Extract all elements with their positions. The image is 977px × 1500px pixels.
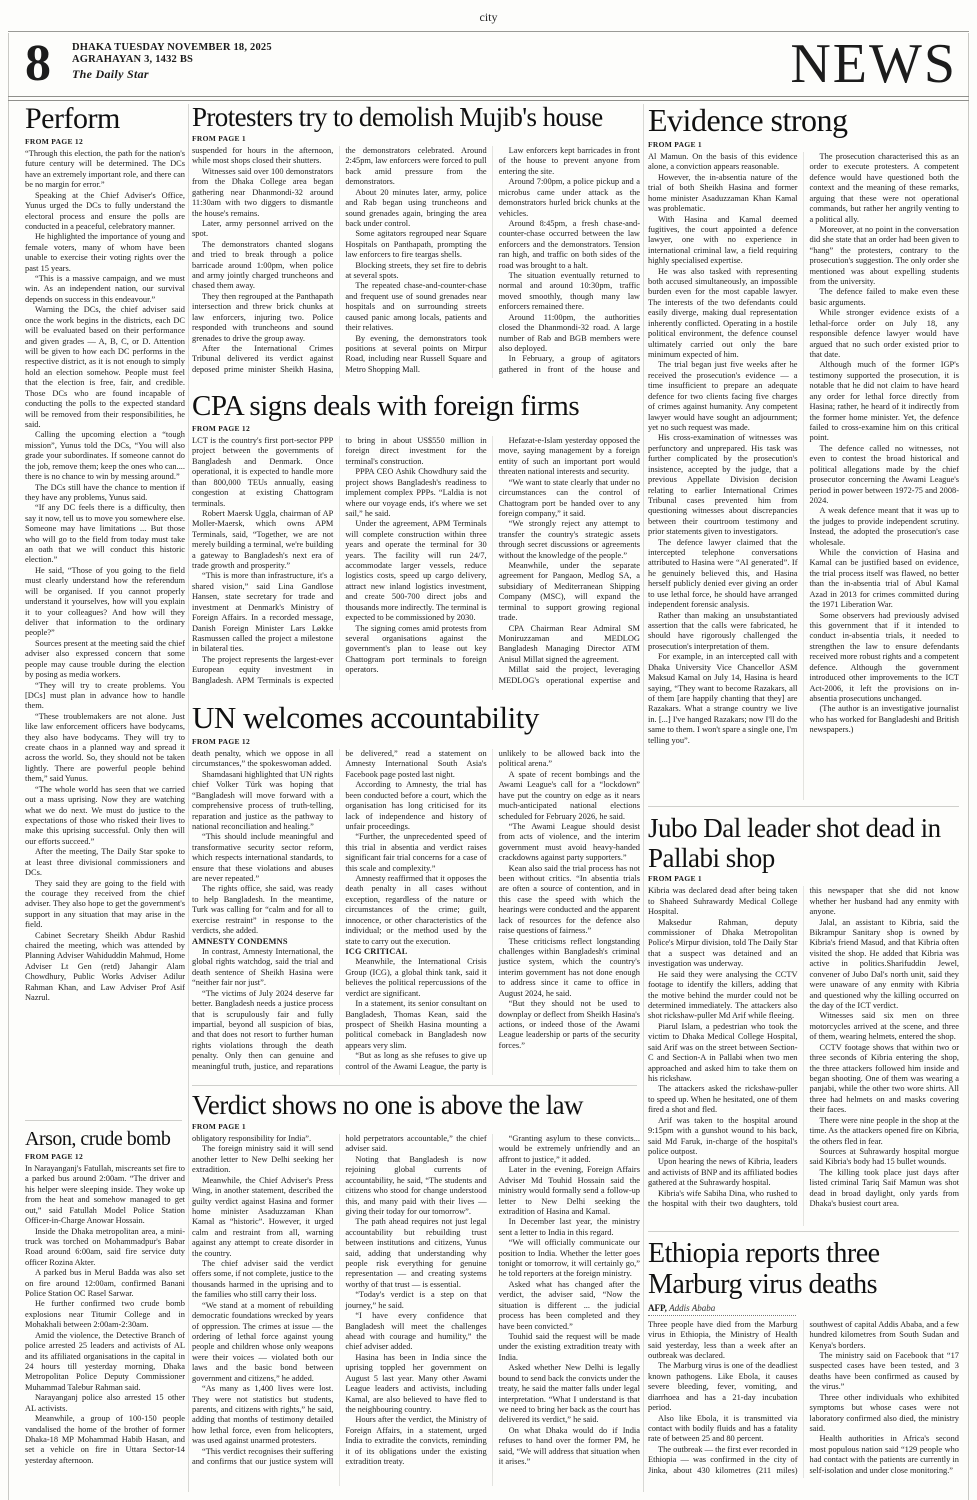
paragraph: About 20 minutes later, army, police and… bbox=[345, 188, 486, 230]
paragraph: Calling the upcoming election a “tough m… bbox=[25, 430, 185, 482]
paragraph: Under the agreement, APM Terminals will … bbox=[345, 519, 486, 623]
section-title: NEWS bbox=[790, 32, 957, 96]
paragraph: In a statement, its senior consultant on… bbox=[345, 999, 486, 1051]
paragraph: Sources at Suhrawardy hospital morgue sa… bbox=[810, 1147, 960, 1168]
article-perform: Perform FROM PAGE 12 “Through this elect… bbox=[25, 102, 185, 1118]
paragraph: Some agitators regrouped near Square Hos… bbox=[345, 229, 486, 260]
paragraph: In contrast, Amnesty International, the … bbox=[192, 947, 333, 989]
article-divider bbox=[192, 1085, 637, 1086]
paragraph: There were nine people in the shop at th… bbox=[810, 1116, 960, 1147]
paragraph: “We stand at a moment of rebuilding demo… bbox=[192, 1301, 333, 1384]
paragraph: A spate of recent bombings and the Awami… bbox=[499, 770, 640, 822]
paragraph: Health authorities in Africa's second mo… bbox=[810, 1434, 960, 1476]
headline: Arson, crude bomb bbox=[25, 1128, 185, 1151]
paragraph: “These troublemakers are not alone. Just… bbox=[25, 712, 185, 785]
newspaper-page: city 8 DHAKA TUESDAY NOVEMBER 18, 2025 A… bbox=[0, 0, 977, 1500]
paragraph: The defence called no witnesses, not eve… bbox=[810, 444, 960, 507]
paragraph: Kean also said the trial process has not… bbox=[499, 864, 640, 937]
right-edge-rule bbox=[968, 33, 969, 1500]
paragraph: “Through this election, the path for the… bbox=[25, 149, 185, 191]
paragraph: death penalty, which we oppose in all ci… bbox=[192, 749, 333, 770]
paragraph: CCTV footage shows that within two or th… bbox=[810, 1043, 960, 1116]
paragraph: In December last year, the ministry sent… bbox=[499, 1217, 640, 1238]
paragraph: Amnesty reaffirmed that it opposes the d… bbox=[345, 874, 486, 947]
paragraph: Three people have died from the Marburg … bbox=[648, 1320, 798, 1362]
paragraph: Hasina has been in India since the upris… bbox=[345, 1353, 486, 1416]
paragraph: He said, “Those of you going to the fiel… bbox=[25, 566, 185, 639]
paragraph: Around 8:45pm, a fresh chase-and-counter… bbox=[499, 219, 640, 271]
paragraph: The signing comes amid protests from sev… bbox=[345, 624, 486, 676]
article-body: LCT is the country's first port-sector P… bbox=[192, 436, 640, 690]
from-page-label: FROM PAGE 12 bbox=[25, 1152, 185, 1161]
byline-agency: AFP, bbox=[648, 1303, 667, 1313]
headline: Perform bbox=[25, 102, 185, 136]
paragraph: ICG CRITICAL bbox=[345, 947, 486, 957]
date-block: DHAKA TUESDAY NOVEMBER 18, 2025 AGRAHAYA… bbox=[72, 42, 272, 82]
left-edge-rule bbox=[8, 33, 9, 1500]
paragraph: “Today's verdict is a step on that journ… bbox=[345, 1290, 486, 1311]
headline: UN welcomes accountability bbox=[192, 700, 640, 736]
from-page-label: FROM PAGE 1 bbox=[648, 140, 959, 149]
from-page-label: FROM PAGE 1 bbox=[192, 1122, 640, 1131]
masthead: 8 DHAKA TUESDAY NOVEMBER 18, 2025 AGRAHA… bbox=[25, 36, 957, 94]
article-divider bbox=[648, 1231, 959, 1232]
byline-location: Addis Ababa bbox=[669, 1303, 715, 1313]
paragraph: Sources present at the meeting said the … bbox=[25, 639, 185, 681]
article-body: death penalty, which we oppose in all ci… bbox=[192, 749, 640, 1075]
paragraph: By evening, the demonstrators took posit… bbox=[345, 334, 486, 376]
paragraph: Later in the evening, Foreign Affairs Ad… bbox=[499, 1165, 640, 1217]
paragraph: He said they were analysing the CCTV foo… bbox=[648, 970, 798, 1022]
dateline-gregorian: DHAKA TUESDAY NOVEMBER 18, 2025 bbox=[72, 42, 272, 54]
paragraph: His cross-examination of witnesses was p… bbox=[648, 433, 798, 537]
paragraph: The rights office, she said, was ready t… bbox=[192, 884, 333, 936]
paragraph: “They will try to create problems. You [… bbox=[25, 681, 185, 712]
paragraph: Arif was taken to the hospital around 9:… bbox=[648, 1116, 798, 1158]
paragraph: The path ahead requires not just legal a… bbox=[345, 1217, 486, 1290]
paragraph: Although much of the former IGP's testim… bbox=[810, 360, 960, 443]
article-body: suspended for hours in the afternoon, wh… bbox=[192, 146, 640, 378]
paragraph: Piarul Islam, a pedestrian who took the … bbox=[648, 1022, 798, 1085]
paragraph: Also like Ebola, it is transmitted via c… bbox=[648, 1414, 798, 1445]
paragraph: Robert Maersk Uggla, chairman of AP Moll… bbox=[192, 509, 333, 572]
paragraph: He highlighted the importance of young a… bbox=[25, 232, 185, 274]
paragraph: “If any DC feels there is a difficulty, … bbox=[25, 503, 185, 566]
paragraph: The situation eventually returned to nor… bbox=[499, 271, 640, 313]
paragraph: Hefazat-e-Islam yesterday opposed the mo… bbox=[499, 436, 640, 478]
paragraph: The defence lawyer claimed that the inte… bbox=[648, 538, 798, 611]
paragraph: The DCs still have the chance to mention… bbox=[25, 483, 185, 504]
paragraph: Noting that Bangladesh is now rejoining … bbox=[345, 1155, 486, 1218]
paragraph: suspended for hours in the afternoon, wh… bbox=[192, 146, 333, 167]
paragraph: obligatory responsibility for India”. bbox=[192, 1134, 333, 1144]
paragraph: Cabinet Secretary Sheikh Abdur Rashid ch… bbox=[25, 931, 185, 1004]
paragraph: Law enforcers kept barricades in front o… bbox=[499, 146, 640, 177]
article-verdict: Verdict shows no one is above the law FR… bbox=[192, 1090, 640, 1494]
dateline-bengali: AGRAHAYAN 3, 1432 BS bbox=[72, 54, 272, 66]
paragraph: Meanwhile, a group of 100-150 people van… bbox=[25, 1414, 185, 1466]
article-body: obligatory responsibility for India”.The… bbox=[192, 1134, 640, 1486]
paragraph: Upon hearing the news of Kibria, leaders… bbox=[648, 1157, 798, 1188]
paragraph: The demonstrators chanted slogans and tr… bbox=[192, 240, 333, 292]
paragraph: The attackers asked the rickshaw-puller … bbox=[648, 1084, 798, 1115]
page-number: 8 bbox=[25, 34, 49, 93]
headline: Ethiopia reports three Marburg virus dea… bbox=[648, 1238, 959, 1301]
paragraph: “As many as 1,400 lives were lost. They … bbox=[192, 1384, 333, 1447]
paragraph: Asked what has changed after the verdict… bbox=[499, 1280, 640, 1332]
paragraph: These criticisms reflect longstanding ch… bbox=[499, 937, 640, 1000]
byline-rule bbox=[648, 1315, 796, 1316]
paragraph: “But they should not be used to downplay… bbox=[499, 999, 640, 1051]
paragraph: According to Amnesty, the trial has been… bbox=[345, 780, 486, 832]
paragraph: They then regrouped at the Panthapath in… bbox=[192, 292, 333, 344]
paragraph: Jalal, an assistant to Kibria, said the … bbox=[810, 918, 960, 1012]
paragraph: “I have every confidence that Bangladesh… bbox=[345, 1311, 486, 1353]
paragraph: “We want to state clearly that under no … bbox=[499, 478, 640, 520]
article-body: Three people have died from the Marburg … bbox=[648, 1320, 959, 1478]
paragraph: “We strongly reject any attempt to trans… bbox=[499, 519, 640, 561]
paragraph: Three other individuals who exhibited sy… bbox=[810, 1393, 960, 1435]
article-protesters: Protesters try to demolish Mujib's house… bbox=[192, 102, 640, 384]
article-un: UN welcomes accountability FROM PAGE 12 … bbox=[192, 700, 640, 1080]
paragraph: Meanwhile, under the separate agreement … bbox=[499, 561, 640, 624]
headline: Evidence strong bbox=[648, 102, 959, 139]
paragraph: Kibria was declared dead after being tak… bbox=[648, 886, 798, 917]
from-page-label: FROM PAGE 12 bbox=[192, 737, 640, 746]
paragraph: After the meeting, The Daily Star spoke … bbox=[25, 847, 185, 878]
article-divider bbox=[25, 1120, 182, 1121]
from-page-label: FROM PAGE 12 bbox=[192, 424, 640, 433]
paragraph: “The whole world has seen that we carrie… bbox=[25, 785, 185, 848]
article-arson: Arson, crude bomb FROM PAGE 12 In Naraya… bbox=[25, 1128, 185, 1494]
masthead-rule bbox=[8, 96, 969, 101]
from-page-label: FROM PAGE 12 bbox=[25, 137, 185, 146]
paragraph: CPA Chairman Rear Admiral SM Moniruzzama… bbox=[499, 624, 640, 666]
article-divider bbox=[648, 806, 959, 807]
paragraph: The chief adviser said the verdict offer… bbox=[192, 1259, 333, 1301]
paragraph: A parked bus in Merul Badda was also set… bbox=[25, 1268, 185, 1299]
article-evidence: Evidence strong FROM PAGE 1 Al Mamun. On… bbox=[648, 102, 959, 802]
paragraph: Moreover, at no point in the conversatio… bbox=[810, 225, 960, 288]
paragraph: Around 7:00pm, a police pickup and a mic… bbox=[499, 177, 640, 219]
paragraph: Rather than making an unsubstantiated as… bbox=[648, 611, 798, 653]
paragraph: Around 11:00pm, the authorities closed t… bbox=[499, 313, 640, 355]
paragraph: The foreign ministry said it will send a… bbox=[192, 1144, 333, 1175]
article-body: In Narayanganj's Fatullah, miscreants se… bbox=[25, 1164, 185, 1484]
paragraph: In Narayanganj's Fatullah, miscreants se… bbox=[25, 1164, 185, 1227]
from-page-label: FROM PAGE 1 bbox=[192, 134, 640, 143]
newspaper-logo: The Daily Star bbox=[72, 68, 272, 82]
paragraph: Inside the Dhaka metropolitan area, a mi… bbox=[25, 1227, 185, 1269]
paragraph: Amid the violence, the Detective Branch … bbox=[25, 1331, 185, 1394]
paragraph: While stronger evidence exists of a leth… bbox=[810, 308, 960, 360]
paragraph: Warning the DCs, the chief adviser said … bbox=[25, 305, 185, 430]
paragraph: While the conviction of Hasina and Kamal… bbox=[810, 548, 960, 611]
paragraph: Meanwhile, the Chief Adviser's Press Win… bbox=[192, 1176, 333, 1259]
headline: Jubo Dal leader shot dead in Pallabi sho… bbox=[648, 814, 959, 873]
paragraph: The prosecution characterised this as an… bbox=[810, 152, 960, 225]
paragraph: Witnesses said six men on three motorcyc… bbox=[810, 1011, 960, 1042]
paragraph: Touhid said the request will be made und… bbox=[499, 1332, 640, 1363]
paragraph: AMNESTY CONDEMNS bbox=[192, 937, 333, 947]
paragraph: Blocking streets, they set fire to debri… bbox=[345, 261, 486, 282]
paragraph: LCT is the country's first port-sector P… bbox=[192, 436, 333, 509]
paragraph: Hours after the verdict, the Ministry of… bbox=[345, 1415, 486, 1467]
article-body: Kibria was declared dead after being tak… bbox=[648, 886, 959, 1226]
article-body: Al Mamun. On the basis of this evidence … bbox=[648, 152, 959, 800]
paragraph: The killing took place just days after l… bbox=[810, 1168, 960, 1210]
paragraph: The ministry said on Facebook that “17 s… bbox=[810, 1351, 960, 1393]
paragraph: Some observers had previously advised th… bbox=[810, 611, 960, 705]
paragraph: On what Dhaka would do if India refuses … bbox=[499, 1426, 640, 1468]
paragraph: “This should include meaningful and tran… bbox=[192, 832, 333, 884]
article-jubodal: Jubo Dal leader shot dead in Pallabi sho… bbox=[648, 814, 959, 1228]
paragraph: Narayanganj police also arrested 15 othe… bbox=[25, 1393, 185, 1414]
paragraph: “Granting asylum to these convicts... wo… bbox=[499, 1134, 640, 1165]
headline: Verdict shows no one is above the law bbox=[192, 1090, 640, 1121]
paragraph: They said they are going to the field wi… bbox=[25, 879, 185, 931]
paragraph: Later, army personnel arrived on the spo… bbox=[192, 219, 333, 240]
paragraph: He was also tasked with representing bot… bbox=[648, 267, 798, 361]
paragraph: “This is more than infrastructure, it's … bbox=[192, 571, 333, 654]
paragraph: Witnesses said over 100 demonstrators fr… bbox=[192, 167, 333, 219]
paragraph: Shamdasani highlighted that UN rights ch… bbox=[192, 770, 333, 833]
paragraph: The trial began just five weeks after he… bbox=[648, 360, 798, 433]
article-ethiopia: Ethiopia reports three Marburg virus dea… bbox=[648, 1238, 959, 1494]
paragraph: “The Awami League should desist from act… bbox=[499, 822, 640, 864]
article-body: “Through this election, the path for the… bbox=[25, 149, 185, 1107]
paragraph: (The author is an investigative journali… bbox=[810, 704, 960, 735]
paragraph: “This is a massive campaign, and we must… bbox=[25, 274, 185, 305]
column-divider bbox=[643, 104, 644, 1492]
paragraph: The defence failed to make even these ba… bbox=[810, 287, 960, 308]
column-divider bbox=[188, 104, 189, 1492]
paragraph: Meanwhile, the International Crisis Grou… bbox=[345, 957, 486, 999]
paragraph: The repeated chase-and-counter-chase and… bbox=[345, 281, 486, 333]
paragraph: Maksedur Rahman, deputy commissioner of … bbox=[648, 918, 798, 970]
paragraph: “We will officially communicate our posi… bbox=[499, 1238, 640, 1280]
paragraph: Al Mamun. On the basis of this evidence … bbox=[648, 152, 798, 173]
headline: CPA signs deals with foreign firms bbox=[192, 390, 640, 423]
paragraph: Speaking at the Chief Adviser's Office, … bbox=[25, 191, 185, 233]
paragraph: With Hasina and Kamal deemed fugitives, … bbox=[648, 215, 798, 267]
from-page-label: FROM PAGE 1 bbox=[648, 874, 959, 883]
article-cpa: CPA signs deals with foreign firms FROM … bbox=[192, 390, 640, 696]
paragraph: The Marburg virus is one of the deadlies… bbox=[648, 1361, 798, 1413]
paragraph: A weak defence meant that it was up to t… bbox=[810, 506, 960, 548]
headline: Protesters try to demolish Mujib's house bbox=[192, 102, 640, 133]
paragraph: “Further, the unprecedented speed of thi… bbox=[345, 832, 486, 874]
paragraph: PPPA CEO Ashik Chowdhury said the projec… bbox=[345, 467, 486, 519]
paragraph: For example, in an intercepted call with… bbox=[648, 652, 798, 746]
byline: AFP, Addis Ababa bbox=[648, 1303, 959, 1313]
paragraph: However, the in-absentia nature of the t… bbox=[648, 173, 798, 215]
paragraph: He further confirmed two crude bomb expl… bbox=[25, 1299, 185, 1330]
section-label: city bbox=[0, 10, 977, 25]
paragraph: Asked whether New Delhi is legally bound… bbox=[499, 1363, 640, 1426]
